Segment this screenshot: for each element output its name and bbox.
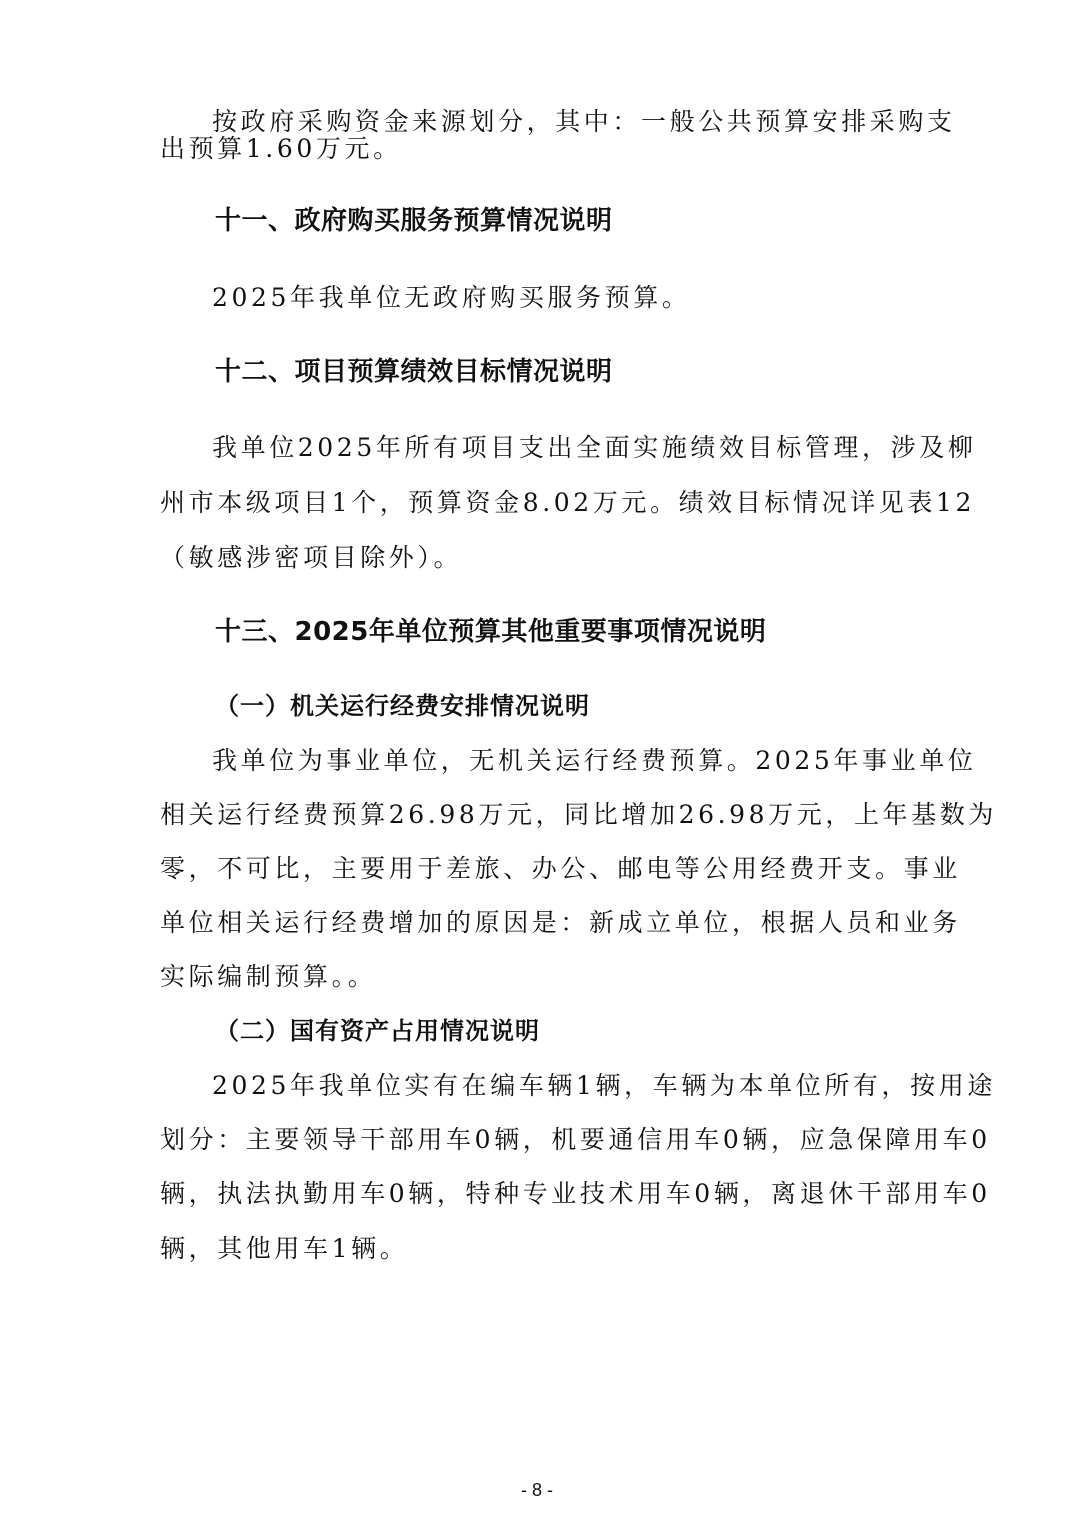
subsection-heading-1: （一）机关运行经费安排情况说明 (215, 690, 590, 722)
paragraph-line: 我单位2025年所有项目支出全面实施绩效目标管理，涉及柳 (212, 432, 930, 464)
paragraph-line: 单位相关运行经费增加的原因是：新成立单位，根据人员和业务 (160, 907, 930, 939)
paragraph-line: 州市本级项目1个，预算资金8.02万元。绩效目标情况详见表12 (160, 487, 930, 519)
paragraph-line: 辆，执法执勤用车0辆，特种专业技术用车0辆，离退休干部用车0 (160, 1178, 930, 1210)
paragraph-line: 2025年我单位实有在编车辆1辆，车辆为本单位所有，按用途 (212, 1070, 930, 1102)
paragraph-line: 实际编制预算。。 (160, 961, 930, 993)
paragraph-line: 零，不可比，主要用于差旅、办公、邮电等公用经费开支。事业 (160, 853, 930, 885)
paragraph-line: （敏感涉密项目除外）。 (160, 542, 930, 574)
paragraph-line: 我单位为事业单位，无机关运行经费预算。2025年事业单位 (212, 745, 930, 777)
page-number: - 8 - (0, 1480, 1074, 1501)
paragraph-line: 出预算1.60万元。 (160, 133, 930, 165)
paragraph-line: 辆，其他用车1辆。 (160, 1233, 930, 1265)
section-heading-13: 十三、2025年单位预算其他重要事项情况说明 (215, 615, 766, 649)
section-heading-11: 十一、政府购买服务预算情况说明 (215, 204, 613, 238)
subsection-heading-2: （二）国有资产占用情况说明 (215, 1015, 540, 1047)
paragraph-line: 相关运行经费预算26.98万元，同比增加26.98万元，上年基数为 (160, 799, 930, 831)
paragraph-line: 2025年我单位无政府购买服务预算。 (212, 282, 930, 314)
document-page: 按政府采购资金来源划分，其中：一般公共预算安排采购支 出预算1.60万元。 十一… (0, 0, 1074, 1520)
section-heading-12: 十二、项目预算绩效目标情况说明 (215, 355, 613, 389)
paragraph-line: 划分：主要领导干部用车0辆，机要通信用车0辆，应急保障用车0 (160, 1124, 930, 1156)
